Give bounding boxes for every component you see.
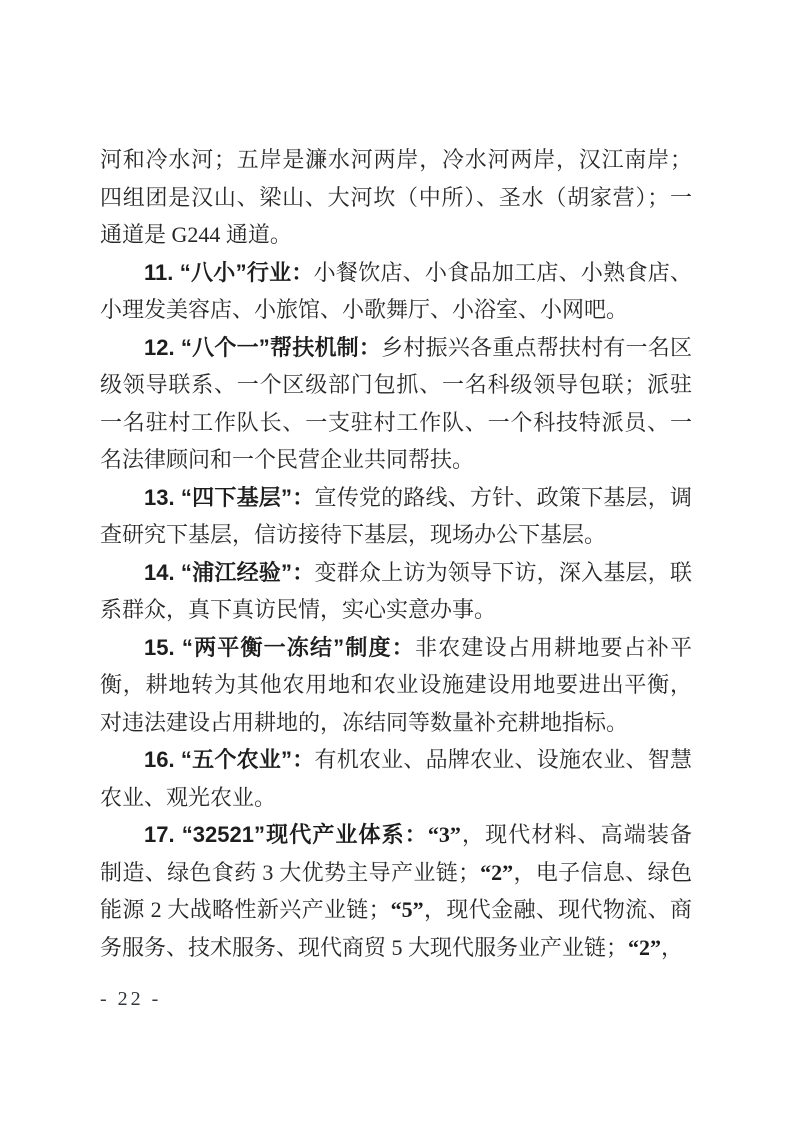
quoted-number: “3” (428, 822, 461, 847)
term-label: 16. “五个农业”： (144, 747, 314, 772)
glossary-item-13: 13. “四下基层”：宣传党的路线、方针、政策下基层，调查研究下基层，信访接待下… (100, 479, 692, 554)
term-label: 14. “浦江经验”： (144, 560, 314, 585)
glossary-item-16: 16. “五个农业”：有机农业、品牌农业、设施农业、智慧农业、观光农业。 (100, 741, 692, 816)
glossary-item-11: 11. “八小”行业：小餐饮店、小食品加工店、小熟食店、小理发美容店、小旅馆、小… (100, 254, 692, 329)
glossary-item-15: 15. “两平衡一冻结”制度：非农建设占用耕地要占补平衡，耕地转为其他农用地和农… (100, 629, 692, 742)
term-label: 13. “四下基层”： (144, 485, 314, 510)
quoted-number: “2” (628, 935, 661, 960)
term-definition-part: ， (661, 935, 683, 960)
document-page: 河和冷水河；五岸是濂水河两岸，冷水河两岸，汉江南岸；四组团是汉山、梁山、大河坎（… (0, 0, 792, 1121)
term-label: 12. “八个一”帮扶机制： (144, 335, 381, 360)
page-number: - 22 - (100, 988, 161, 1011)
text-block: 河和冷水河；五岸是濂水河两岸，冷水河两岸，汉江南岸；四组团是汉山、梁山、大河坎（… (100, 141, 692, 966)
paragraph-text: 河和冷水河；五岸是濂水河两岸，冷水河两岸，汉江南岸；四组团是汉山、梁山、大河坎（… (100, 147, 692, 247)
quoted-number: “5” (391, 897, 424, 922)
glossary-item-14: 14. “浦江经验”：变群众上访为领导下访，深入基层，联系群众，真下真访民情，实… (100, 554, 692, 629)
term-label: 15. “两平衡一冻结”制度： (144, 635, 415, 660)
term-label: 17. “32521”现代产业体系： (144, 822, 428, 847)
term-label: 11. “八小”行业： (144, 260, 314, 285)
quoted-number: “2” (480, 860, 513, 885)
glossary-item-12: 12. “八个一”帮扶机制：乡村振兴各重点帮扶村有一名区级领导联系、一个区级部门… (100, 329, 692, 479)
paragraph-continuation: 河和冷水河；五岸是濂水河两岸，冷水河两岸，汉江南岸；四组团是汉山、梁山、大河坎（… (100, 141, 692, 254)
glossary-item-17: 17. “32521”现代产业体系：“3”，现代材料、高端装备制造、绿色食药 3… (100, 816, 692, 966)
